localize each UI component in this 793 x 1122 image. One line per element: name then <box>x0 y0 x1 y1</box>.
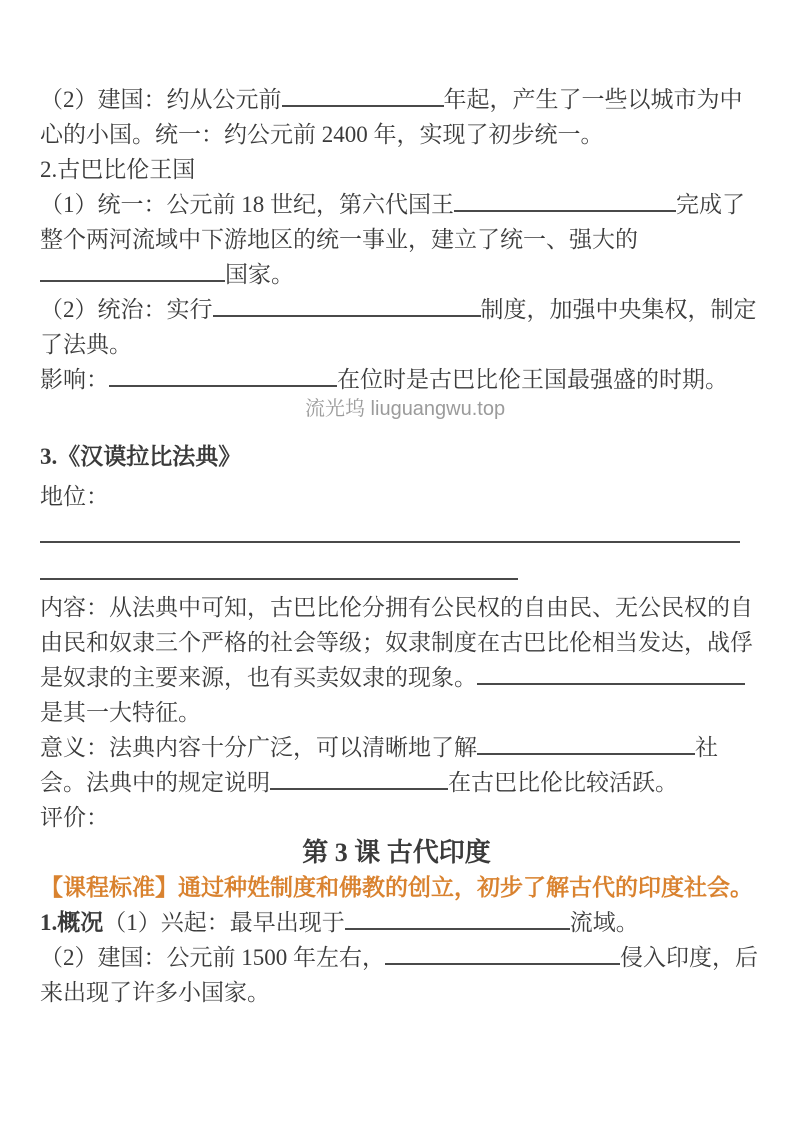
fill-in-blank <box>477 749 695 755</box>
line-jianguo-sumer: （2）建国：约从公元前年起，产生了一些以城市为中 <box>40 82 753 117</box>
text-segment: 年起，产生了一些以城市为中 <box>444 87 743 112</box>
line-babylon-heading: 2.古巴比伦王国 <box>40 152 753 187</box>
text-segment: 制度，加强中央集权，制定 <box>481 297 757 322</box>
text-segment: （1）统一：公元前 18 世纪，第六代国王 <box>40 192 454 217</box>
text-segment: （2）建国：公元前 1500 年左右， <box>40 945 385 970</box>
fill-in-blank <box>454 206 676 212</box>
text-segment: 影响： <box>40 367 109 392</box>
worksheet-page: （2）建国：约从公元前年起，产生了一些以城市为中心的小国。统一：约公元前 240… <box>0 0 793 1122</box>
fill-in-blank <box>477 679 745 685</box>
line-hammurabi-heading: 3.《汉谟拉比法典》 <box>40 439 753 474</box>
text-segment: 来出现了许多小国家。 <box>40 980 270 1005</box>
text-segment: 由民和奴隶三个严格的社会等级；奴隶制度在古巴比伦相当发达，战俘 <box>40 630 753 655</box>
text-segment: 在位时是古巴比伦王国最强盛的时期。 <box>337 367 728 392</box>
text-segment: 是奴隶的主要来源，也有买卖奴隶的现象。 <box>40 665 477 690</box>
text-segment: 第 3 课 古代印度 <box>302 838 491 867</box>
fill-in-blank <box>270 784 448 790</box>
text-segment: 地位： <box>40 484 109 509</box>
text-segment: 心的小国。统一：约公元前 2400 年，实现了初步统一。 <box>40 122 604 147</box>
line-evaluation-label: 评价： <box>40 800 753 835</box>
text-segment: 完成了 <box>676 192 745 217</box>
text-segment: 1.概况 <box>40 910 103 935</box>
text-segment: （2）统治：实行 <box>40 297 213 322</box>
line-content-4: 是其一大特征。 <box>40 695 753 730</box>
line-babylon-unify: （1）统一：公元前 18 世纪，第六代国王完成了 <box>40 187 753 222</box>
text-segment: 2.古巴比伦王国 <box>40 157 195 182</box>
line-content-2: 由民和奴隶三个严格的社会等级；奴隶制度在古巴比伦相当发达，战俘 <box>40 625 753 660</box>
lesson-3-title: 第 3 课 古代印度 <box>40 835 753 870</box>
text-segment: 在古巴比伦比较活跃。 <box>448 770 678 795</box>
line-answer-rule-2 <box>40 555 753 590</box>
fill-in-blank <box>345 924 570 930</box>
line-overview-rise: 1.概况（1）兴起：最早出现于流域。 <box>40 905 753 940</box>
line-india-founding: （2）建国：公元前 1500 年左右，侵入印度，后 <box>40 940 753 975</box>
text-segment: 了法典。 <box>40 332 132 357</box>
line-answer-rule-1 <box>40 518 753 553</box>
line-babylon-rule-2: 了法典。 <box>40 327 753 362</box>
text-segment: 评价： <box>40 805 109 830</box>
line-babylon-rule: （2）统治：实行制度，加强中央集权，制定 <box>40 292 753 327</box>
text-segment: （1）兴起：最早出现于 <box>103 910 345 935</box>
text-segment: 社 <box>695 735 718 760</box>
fill-in-blank <box>40 574 518 580</box>
text-segment: 流域。 <box>570 910 639 935</box>
text-segment: 3.《汉谟拉比法典》 <box>40 444 241 469</box>
text-segment: 侵入印度，后 <box>620 945 758 970</box>
line-content-1: 内容：从法典中可知，古巴比伦分拥有公民权的自由民、无公民权的自 <box>40 590 753 625</box>
text-segment: （2）建国：约从公元前 <box>40 87 282 112</box>
line-status-label: 地位： <box>40 479 753 514</box>
line-india-founding-2: 来出现了许多小国家。 <box>40 975 753 1010</box>
text-segment: 内容：从法典中可知，古巴比伦分拥有公民权的自由民、无公民权的自 <box>40 595 753 620</box>
fill-in-blank <box>213 311 481 317</box>
fill-in-blank <box>40 276 225 282</box>
line-sumer-unify: 心的小国。统一：约公元前 2400 年，实现了初步统一。 <box>40 117 753 152</box>
line-meaning-2: 会。法典中的规定说明在古巴比伦比较活跃。 <box>40 765 753 800</box>
fill-in-blank <box>282 101 444 107</box>
text-segment: 会。法典中的规定说明 <box>40 770 270 795</box>
text-segment: 国家。 <box>225 262 294 287</box>
text-segment: 【课程标准】通过种姓制度和佛教的创立，初步了解古代的印度社会。 <box>40 875 753 900</box>
watermark: 流光坞 liuguangwu.top <box>305 392 505 421</box>
line-babylon-unify-2: 整个两河流域中下游地区的统一事业，建立了统一、强大的 <box>40 222 753 257</box>
text-segment: 是其一大特征。 <box>40 700 201 725</box>
fill-in-blank <box>40 537 740 543</box>
line-content-3: 是奴隶的主要来源，也有买卖奴隶的现象。 <box>40 660 753 695</box>
text-segment: 意义：法典内容十分广泛，可以清晰地了解 <box>40 735 477 760</box>
line-course-standard: 【课程标准】通过种姓制度和佛教的创立，初步了解古代的印度社会。 <box>40 870 753 905</box>
line-meaning-1: 意义：法典内容十分广泛，可以清晰地了解社 <box>40 730 753 765</box>
fill-in-blank <box>109 381 337 387</box>
text-segment: 整个两河流域中下游地区的统一事业，建立了统一、强大的 <box>40 227 638 252</box>
fill-in-blank <box>385 959 620 965</box>
document-body: （2）建国：约从公元前年起，产生了一些以城市为中心的小国。统一：约公元前 240… <box>0 0 793 1010</box>
line-babylon-unify-3: 国家。 <box>40 257 753 292</box>
